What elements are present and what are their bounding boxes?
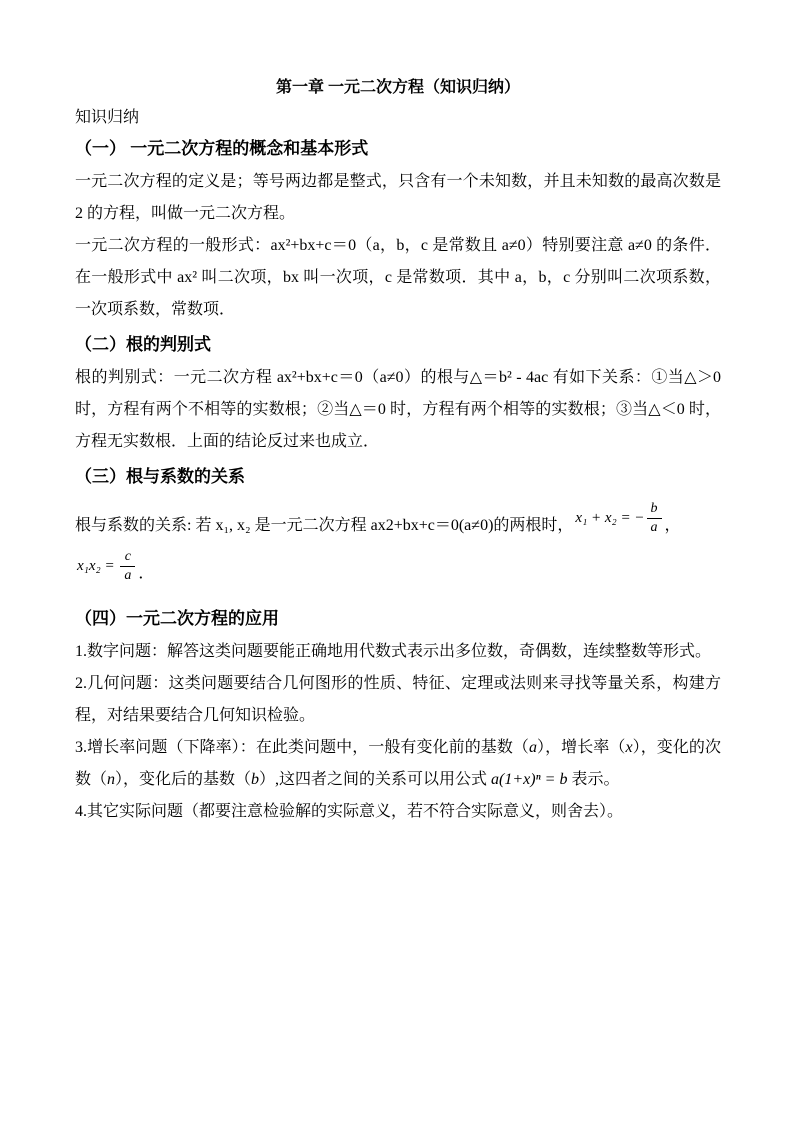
section-3-roots-relation-line: 根与系数的关系: 若 x₁, x₂ 是一元二次方程 ax2+bx+c＝0(a≠0… bbox=[75, 494, 721, 600]
fraction-numerator-c: c bbox=[120, 549, 135, 567]
application-item-geometry-problems: 2.几何问题：这类问题要结合几何图形的性质、特征、定理或法则来寻找等量关系，构建… bbox=[75, 668, 721, 732]
application-item-other-practical-problems: 4.其它实际问题（都要注意检验解的实际意义，若不符合实际意义，则舍去）。 bbox=[75, 796, 721, 828]
fraction-denominator-a: a bbox=[120, 567, 135, 584]
application-item-number-problems: 1.数字问题：解答这类问题要能正确地用代数式表示出多位数，奇偶数，连续整数等形式… bbox=[75, 636, 721, 668]
fraction-c-over-a: ca bbox=[120, 549, 135, 584]
roots-relation-text: 根与系数的关系: 若 x₁, x₂ 是一元二次方程 ax2+bx+c＝0(a≠0… bbox=[75, 517, 573, 534]
document-page: 第一章 一元二次方程（知识归纳） 知识归纳 （一） 一元二次方程的概念和基本形式… bbox=[0, 0, 793, 1122]
application-item-growth-rate-problems: 3.增长率问题（下降率）：在此类问题中，一般有变化前的基数（a），增长率（x），… bbox=[75, 732, 721, 796]
section-1-heading: （一） 一元二次方程的概念和基本形式 bbox=[75, 136, 721, 162]
section-4-heading: （四）一元二次方程的应用 bbox=[75, 606, 721, 632]
fraction-denominator-a: a bbox=[647, 519, 662, 536]
vieta-product-formula: x₁x₂ = ca bbox=[77, 546, 136, 586]
vieta-product-lhs: x₁x₂ = bbox=[77, 558, 118, 574]
fraction-numerator-b: b bbox=[647, 501, 662, 519]
fraction-b-over-a: ba bbox=[647, 501, 662, 536]
section-2-paragraph-discriminant: 根的判别式：一元二次方程 ax²+bx+c＝0（a≠0）的根与△＝b² - 4a… bbox=[75, 362, 721, 458]
doc-title: 第一章 一元二次方程（知识归纳） bbox=[75, 76, 721, 100]
intro-label: 知识归纳 bbox=[75, 106, 721, 130]
vieta-sum-formula: x₁ + x₂ = −ba bbox=[575, 498, 662, 538]
formula-separator: ， bbox=[665, 517, 681, 534]
section-3-heading: （三）根与系数的关系 bbox=[75, 464, 721, 490]
vieta-sum-lhs: x₁ + x₂ = − bbox=[575, 510, 644, 526]
section-2-heading: （二）根的判别式 bbox=[75, 332, 721, 358]
section-1-paragraph-general-form: 一元二次方程的一般形式：ax²+bx+c＝0（a，b，c 是常数且 a≠0）特别… bbox=[75, 230, 721, 326]
line-end-punctuation: ． bbox=[138, 565, 154, 582]
section-1-paragraph-definition: 一元二次方程的定义是；等号两边都是整式，只含有一个未知数，并且未知数的最高次数是… bbox=[75, 166, 721, 230]
